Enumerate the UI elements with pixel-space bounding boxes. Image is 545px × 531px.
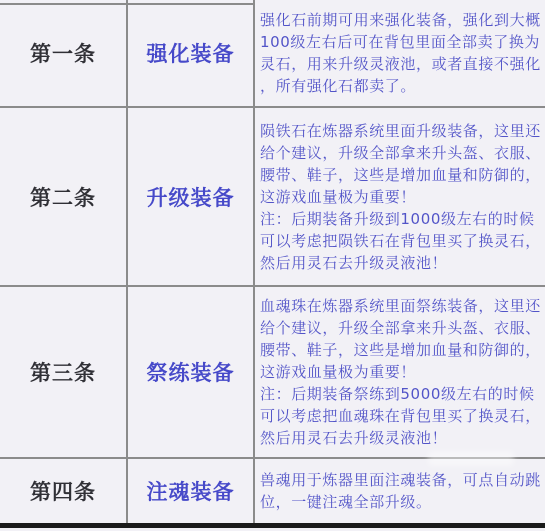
row3-index-cell: 第三条: [0, 287, 128, 459]
row3-category-cell: 祭练装备: [128, 287, 255, 459]
table-bottom-border: [0, 523, 545, 528]
guide-table: 第一条 强化装备 强化石前期可用来强化装备，强化到大概100级左右后可在背包里面…: [0, 0, 545, 531]
row4-category-cell: 注魂装备: [128, 459, 255, 523]
row3-note-text: 注：后期装备祭练到5000级左右的时候可以考虑把血魂珠在背包里买了换灵石，然后用…: [260, 383, 543, 449]
row3-category-label: 祭练装备: [147, 357, 235, 387]
row3-index-label: 第三条: [30, 357, 96, 387]
row1-description-cell: 强化石前期可用来强化装备，强化到大概100级左右后可在背包里面全部卖了换为灵石，…: [255, 0, 545, 108]
row4-description-text: 兽魂用于炼器里面注魂装备，可点自动跳位，一键注魂全部升级。: [260, 469, 543, 513]
row4-index-cell: 第四条: [0, 459, 128, 523]
row2-category-cell: 升级装备: [128, 108, 255, 287]
row3-description-cell: 血魂珠在炼器系统里面祭练装备，这里还给个建议，升级全部拿来升头盔、衣服、腰带、鞋…: [255, 287, 545, 459]
row4-description-cell: 兽魂用于炼器里面注魂装备，可点自动跳位，一键注魂全部升级。: [255, 459, 545, 523]
row2-index-cell: 第二条: [0, 108, 128, 287]
row1-description-text: 强化石前期可用来强化装备，强化到大概100级左右后可在背包里面全部卖了换为灵石，…: [260, 9, 543, 97]
row2-note-text: 注：后期装备升级到1000级左右的时候可以考虑把陨铁石在背包里买了换灵石，然后用…: [260, 208, 543, 274]
row4-index-label: 第四条: [30, 476, 96, 506]
row1-index-cell: 第一条: [0, 0, 128, 108]
table-grid: 第一条 强化装备 强化石前期可用来强化装备，强化到大概100级左右后可在背包里面…: [0, 0, 545, 523]
row2-description-text: 陨铁石在炼器系统里面升级装备，这里还给个建议，升级全部拿来升头盔、衣服、腰带、鞋…: [260, 120, 543, 208]
row4-category-label: 注魂装备: [147, 476, 235, 506]
row2-category-label: 升级装备: [147, 182, 235, 212]
row1-category-cell: 强化装备: [128, 0, 255, 108]
row1-category-label: 强化装备: [147, 38, 235, 68]
row2-index-label: 第二条: [30, 182, 96, 212]
row1-index-label: 第一条: [30, 38, 96, 68]
row3-description-text: 血魂珠在炼器系统里面祭练装备，这里还给个建议，升级全部拿来升头盔、衣服、腰带、鞋…: [260, 295, 543, 383]
row2-description-cell: 陨铁石在炼器系统里面升级装备，这里还给个建议，升级全部拿来升头盔、衣服、腰带、鞋…: [255, 108, 545, 287]
